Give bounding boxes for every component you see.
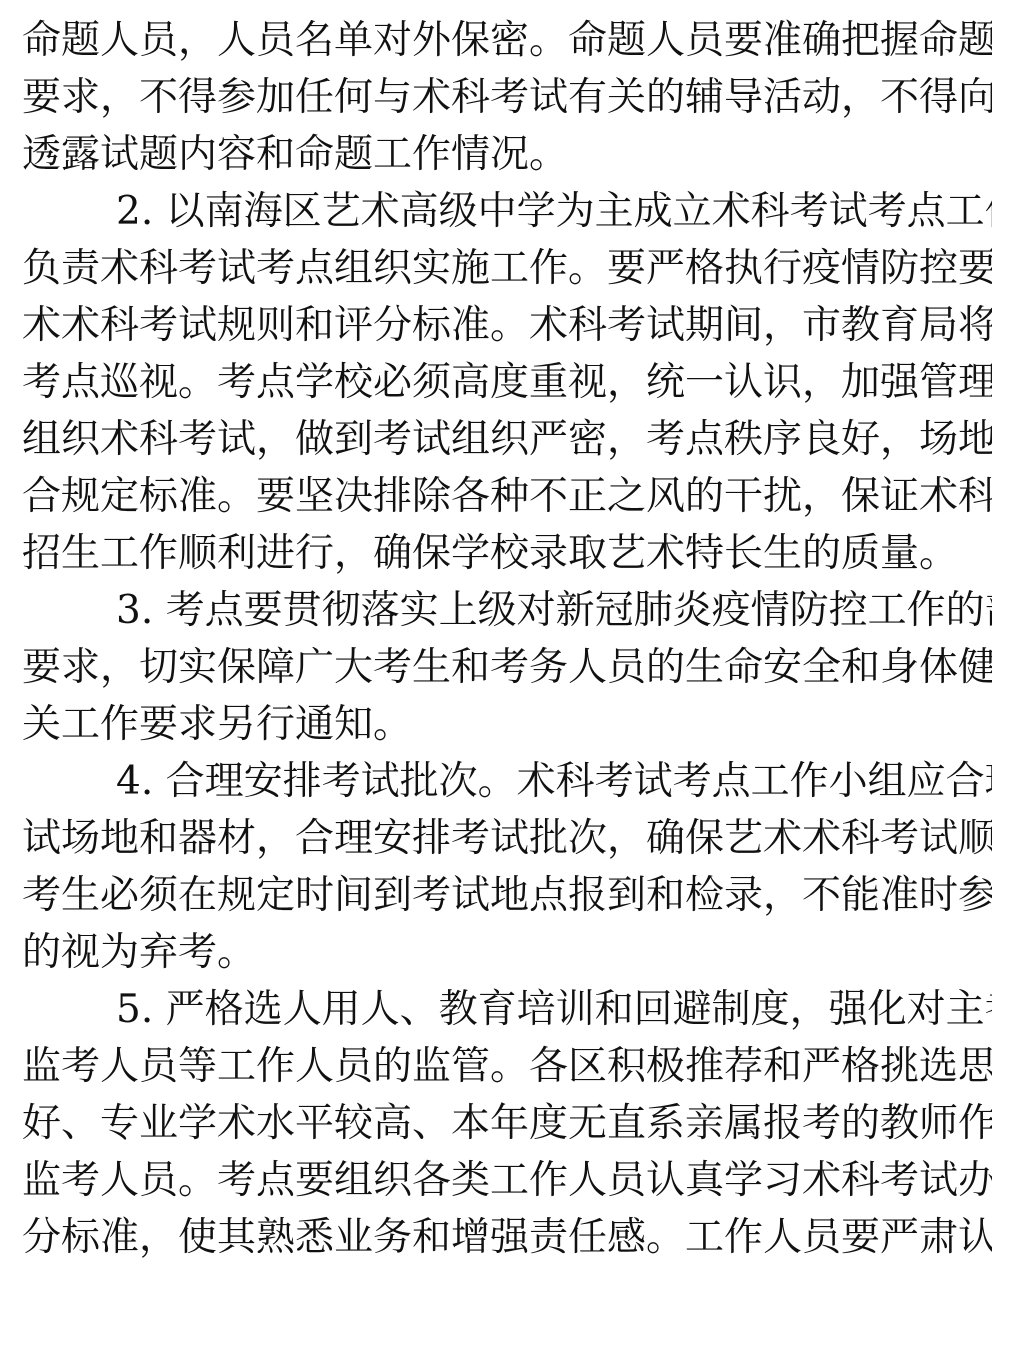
text-line: 命题人员，人员名单对外保密。命题人员要准确把握命题原则和	[22, 12, 992, 69]
text-line: 试场地和器材，合理安排考试批次，确保艺术术科考试顺利进行。	[22, 810, 992, 867]
paragraph-item-4: 4. 合理安排考试批次。术科考试考点工作小组应合理配置考 试场地和器材，合理安排…	[22, 753, 992, 981]
text-line: 招生工作顺利进行，确保学校录取艺术特长生的质量。	[22, 525, 992, 582]
paragraph-item-5: 5. 严格选人用人、教育培训和回避制度，强化对主考、考官、 监考人员等工作人员的…	[22, 981, 992, 1266]
text-line: 2. 以南海区艺术高级中学为主成立术科考试考点工作小组，	[22, 183, 992, 240]
text-line: 要求，切实保障广大考生和考务人员的生命安全和身体健康，相	[22, 639, 992, 696]
text-line: 3. 考点要贯彻落实上级对新冠肺炎疫情防控工作的部署和	[22, 582, 992, 639]
text-line: 分标准，使其熟悉业务和增强责任感。工作人员要严肃认真、秉	[22, 1209, 992, 1266]
paragraph-item-3: 3. 考点要贯彻落实上级对新冠肺炎疫情防控工作的部署和 要求，切实保障广大考生和…	[22, 582, 992, 753]
text-line: 术术科考试规则和评分标准。术科考试期间，市教育局将派员到	[22, 297, 992, 354]
text-line: 4. 合理安排考试批次。术科考试考点工作小组应合理配置考	[22, 753, 992, 810]
paragraph-continuation: 命题人员，人员名单对外保密。命题人员要准确把握命题原则和 要求，不得参加任何与术…	[22, 12, 992, 183]
text-line: 监考人员等工作人员的监管。各区积极推荐和严格挑选思想品德	[22, 1038, 992, 1095]
text-line: 好、专业学术水平较高、本年度无直系亲属报考的教师作为考官、	[22, 1095, 992, 1152]
text-line: 合规定标准。要坚决排除各种不正之风的干扰，保证术科考试和	[22, 468, 992, 525]
text-line: 5. 严格选人用人、教育培训和回避制度，强化对主考、考官、	[22, 981, 992, 1038]
text-line: 组织术科考试，做到考试组织严密，考点秩序良好，场地器材符	[22, 411, 992, 468]
paragraph-item-2: 2. 以南海区艺术高级中学为主成立术科考试考点工作小组， 负责术科考试考点组织实…	[22, 183, 992, 582]
text-line: 要求，不得参加任何与术科考试有关的辅导活动，不得向任何人	[22, 69, 992, 126]
text-line: 的视为弃考。	[22, 924, 992, 981]
text-line: 负责术科考试考点组织实施工作。要严格执行疫情防控要求、艺	[22, 240, 992, 297]
text-line: 考生必须在规定时间到考试地点报到和检录，不能准时参加考试	[22, 867, 992, 924]
text-line: 关工作要求另行通知。	[22, 696, 992, 753]
text-line: 透露试题内容和命题工作情况。	[22, 126, 992, 183]
text-line: 监考人员。考点要组织各类工作人员认真学习术科考试办法与评	[22, 1152, 992, 1209]
text-line: 考点巡视。考点学校必须高度重视，统一认识，加强管理，精心	[22, 354, 992, 411]
document-page: 命题人员，人员名单对外保密。命题人员要准确把握命题原则和 要求，不得参加任何与术…	[22, 12, 992, 1266]
